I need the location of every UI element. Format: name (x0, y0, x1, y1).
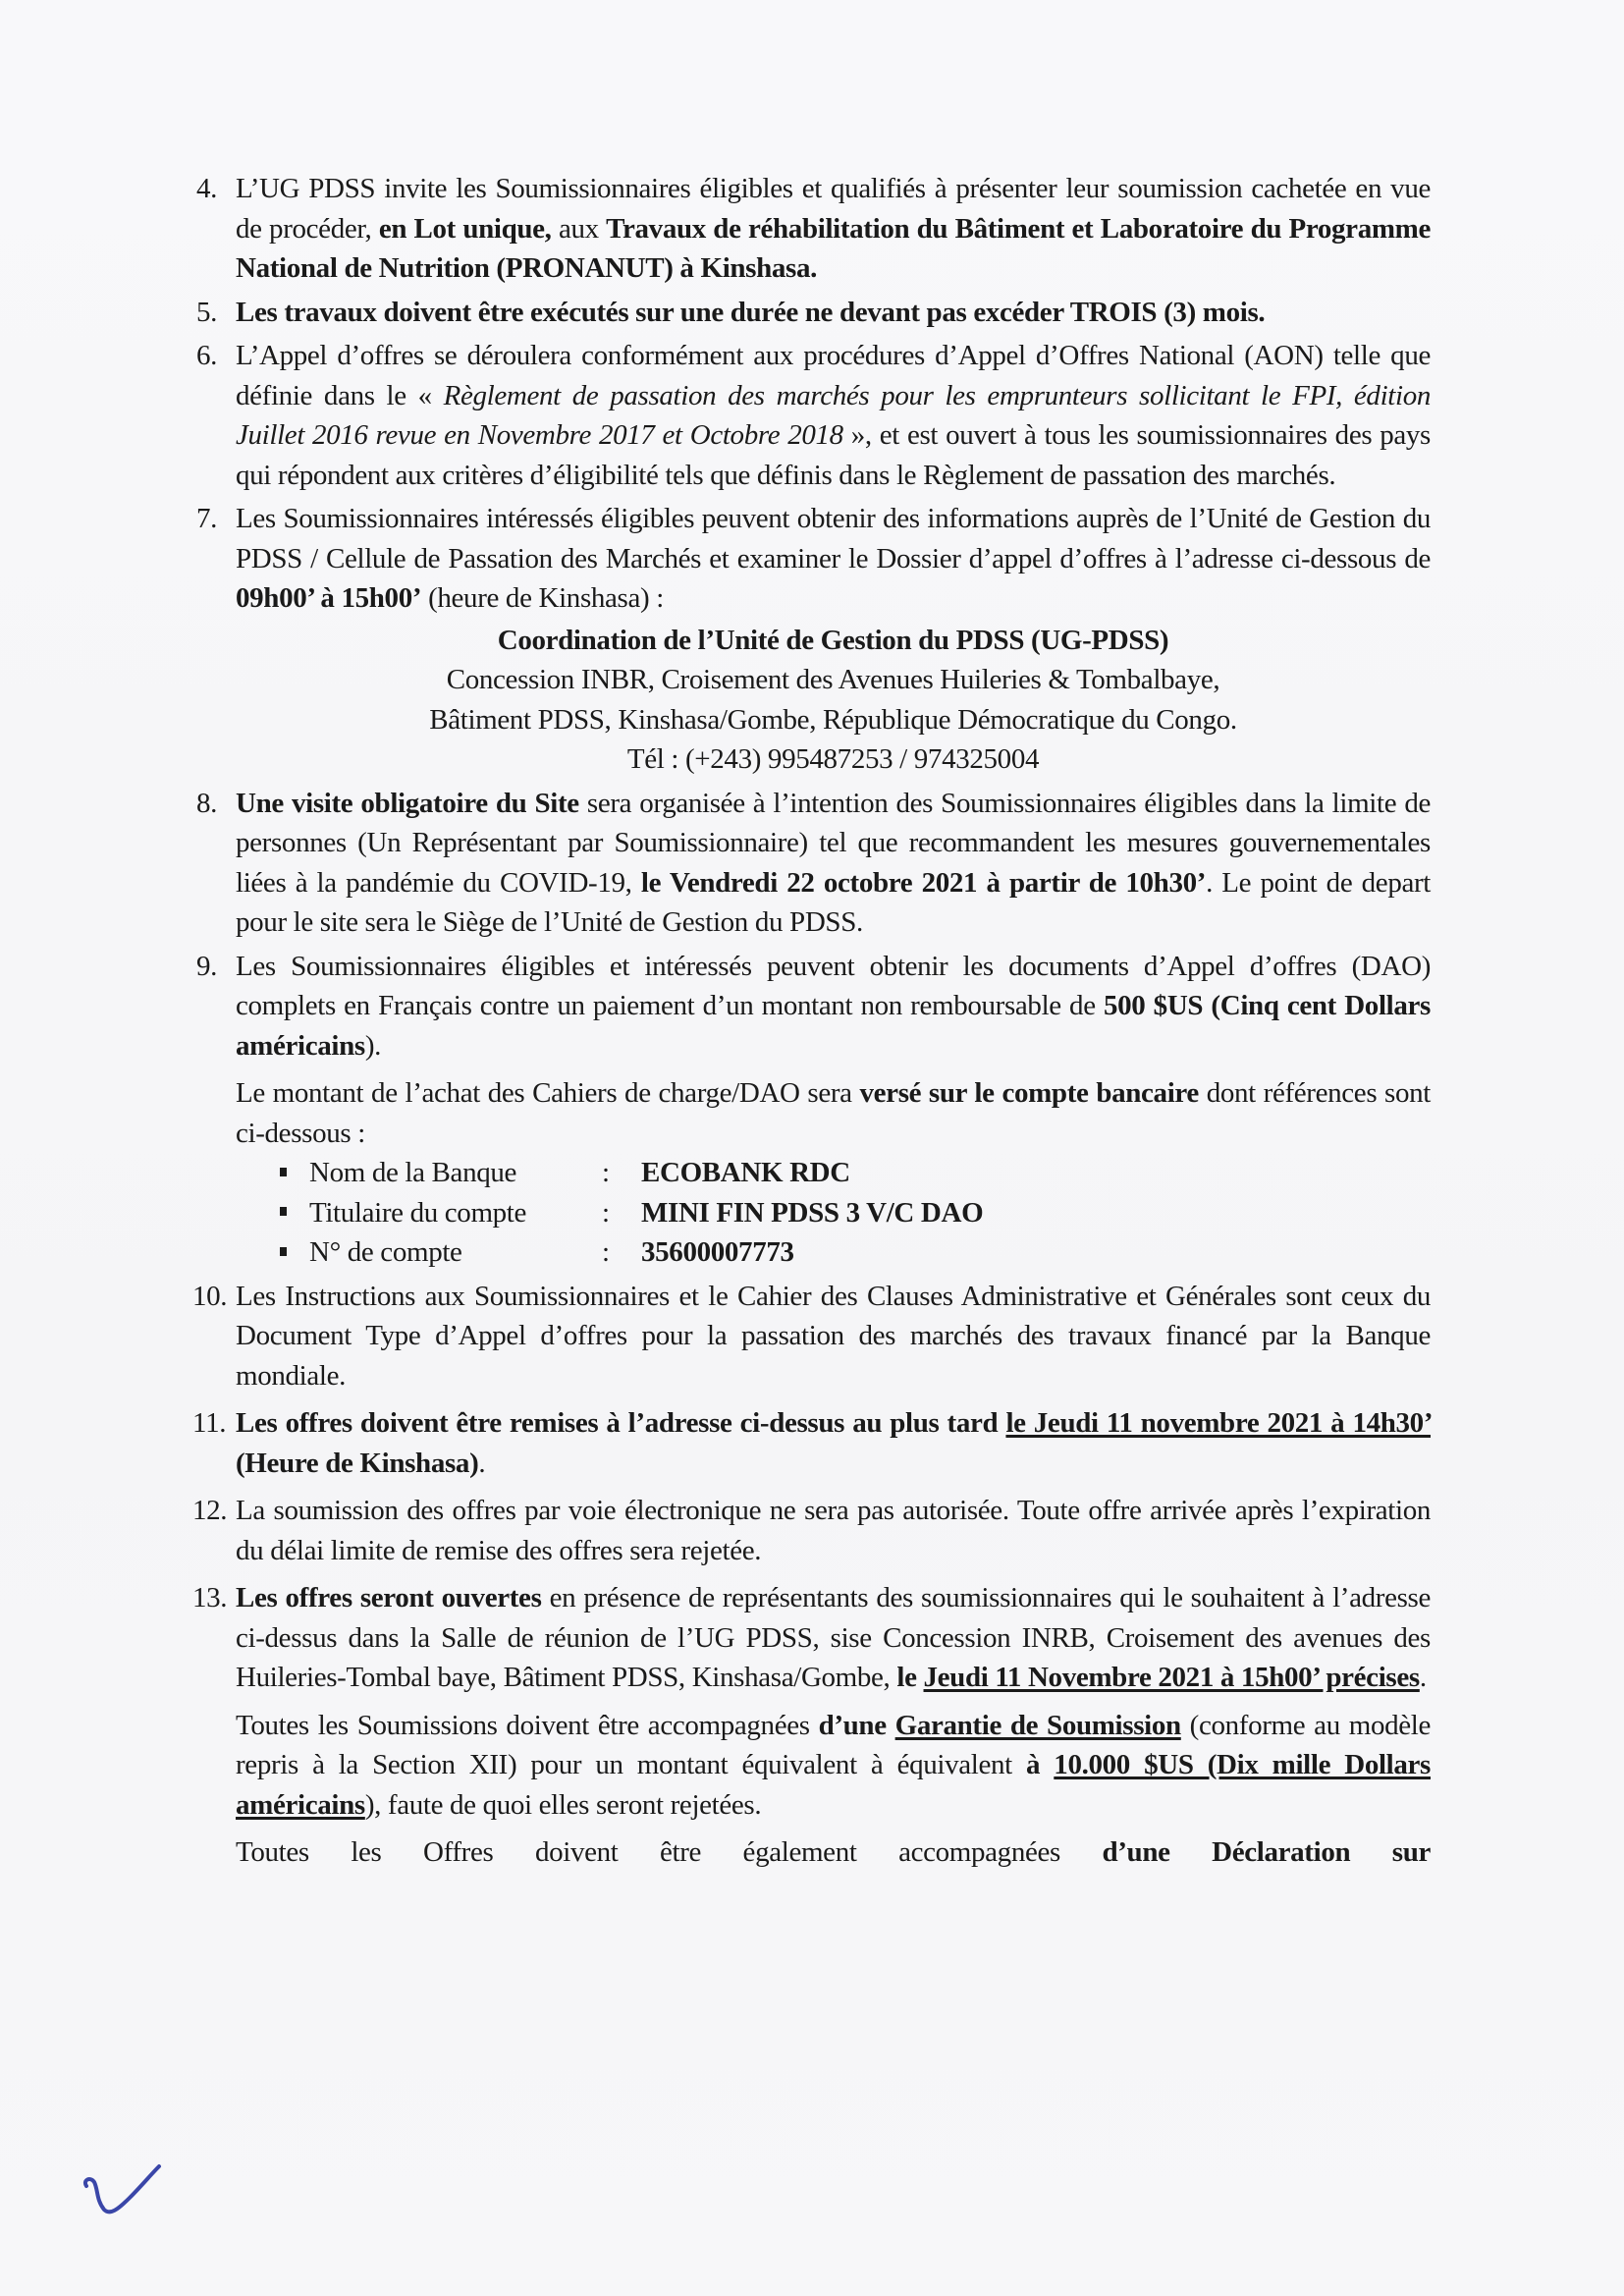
bold-text: le Vendredi 22 octobre 2021 à partir de … (641, 867, 1206, 899)
clause-12: 12. La soumission des offres par voie él… (196, 1491, 1431, 1570)
clause-5: 5. Les travaux doivent être exécutés sur… (196, 293, 1431, 333)
clause-text: Les Instructions aux Soumissionnaires et… (236, 1281, 1431, 1392)
clause-number: 7. (196, 499, 236, 539)
bold-text: d’une (819, 1710, 895, 1741)
bold-text: en Lot unique, (379, 213, 552, 245)
bold-text: Une visite obligatoire du Site (236, 788, 579, 819)
bank-details-row: Titulaire du compte : MINI FIN PDSS 3 V/… (280, 1193, 983, 1233)
handwritten-checkmark-icon (79, 2160, 177, 2239)
deadline-underlined: le Jeudi 11 novembre 2021 à 14h30’ (1005, 1407, 1431, 1439)
bold-text: Les travaux doivent être exécutés sur un… (236, 297, 1265, 328)
clause-9-payment-paragraph: Le montant de l’achat des Cahiers de cha… (196, 1073, 1431, 1153)
clause-9: 9. Les Soumissionnaires éligibles et int… (196, 947, 1431, 1066)
clause-text: . (478, 1448, 485, 1479)
bold-text: Les offres doivent être remises à l’adre… (236, 1407, 1005, 1439)
opening-date-underlined: Jeudi 11 Novembre 2021 à 15h00’ précises (924, 1662, 1420, 1693)
bank-value: 35600007773 (641, 1232, 983, 1273)
clause-number: 11. (192, 1403, 232, 1444)
clause-4: 4. L’UG PDSS invite les Soumissionnaires… (196, 169, 1431, 289)
clause-number: 8. (196, 784, 236, 824)
clause-text: Toutes les Soumissions doivent être acco… (236, 1710, 819, 1741)
bank-separator: : (602, 1193, 641, 1233)
clause-text: ), faute de quoi elles seront rejetées. (365, 1789, 761, 1821)
square-bullet-icon (280, 1207, 287, 1216)
scanned-page: 4. L’UG PDSS invite les Soumissionnaires… (0, 0, 1624, 2296)
clause-text: Le montant de l’achat des Cahiers de cha… (236, 1077, 860, 1109)
clause-text: La soumission des offres par voie électr… (236, 1495, 1431, 1566)
bank-details-row: Nom de la Banque : ECOBANK RDC (280, 1153, 983, 1193)
address-title: Coordination de l’Unité de Gestion du PD… (498, 625, 1169, 656)
clause-number: 6. (196, 336, 236, 376)
bold-text: 09h00’ à 15h00’ (236, 582, 421, 614)
clause-number: 10. (192, 1277, 232, 1317)
bold-text: versé sur le compte bancaire (860, 1077, 1199, 1109)
bank-separator: : (602, 1153, 641, 1193)
bank-label: Titulaire du compte (309, 1193, 602, 1233)
bank-label: N° de compte (309, 1232, 602, 1273)
bid-guarantee-paragraph: Toutes les Soumissions doivent être acco… (196, 1706, 1431, 1826)
address-line-2: Bâtiment PDSS, Kinshasa/Gombe, Républiqu… (236, 700, 1431, 740)
clause-13: 13. Les offres seront ouvertes en présen… (196, 1578, 1431, 1698)
clause-8: 8. Une visite obligatoire du Site sera o… (196, 784, 1431, 943)
guarantee-underlined: Garantie de Soumission (895, 1710, 1181, 1741)
clause-number: 4. (196, 169, 236, 209)
address-line-1: Concession INBR, Croisement des Avenues … (236, 660, 1431, 700)
clause-text: aux (552, 213, 607, 245)
bold-text: le (896, 1662, 923, 1693)
bold-text: Les offres seront ouvertes (236, 1582, 542, 1613)
bank-label: Nom de la Banque (309, 1153, 602, 1193)
bank-value: ECOBANK RDC (641, 1153, 983, 1193)
document-body: 4. L’UG PDSS invite les Soumissionnaires… (196, 169, 1431, 1873)
declaration-paragraph: Toutes les Offres doivent être également… (196, 1832, 1431, 1873)
clause-number: 5. (196, 293, 236, 333)
clause-11: 11. Les offres doivent être remises à l’… (196, 1403, 1431, 1483)
clause-10: 10. Les Instructions aux Soumissionnaire… (196, 1277, 1431, 1396)
clause-number: 9. (196, 947, 236, 987)
bank-value: MINI FIN PDSS 3 V/C DAO (641, 1193, 983, 1233)
clause-text: Toutes les Offres doivent être également… (236, 1836, 1102, 1868)
clause-6: 6. L’Appel d’offres se déroulera conform… (196, 336, 1431, 495)
square-bullet-icon (280, 1247, 287, 1256)
bold-text: à (1026, 1749, 1054, 1780)
bold-text: d’une Déclaration sur (1102, 1836, 1431, 1868)
clause-text: ). (365, 1030, 381, 1062)
bold-text: (Heure de Kinshasa) (236, 1448, 478, 1479)
clause-text: . (1420, 1662, 1427, 1693)
bank-separator: : (602, 1232, 641, 1273)
clause-7: 7. Les Soumissionnaires intéressés éligi… (196, 499, 1431, 619)
contact-address-block: Coordination de l’Unité de Gestion du PD… (196, 621, 1431, 780)
bank-details-table: Nom de la Banque : ECOBANK RDC Titulaire… (280, 1153, 983, 1273)
clause-text: Les Soumissionnaires intéressés éligible… (236, 503, 1431, 574)
clause-number: 12. (192, 1491, 232, 1531)
clause-number: 13. (192, 1578, 232, 1618)
clause-text: (heure de Kinshasa) : (421, 582, 664, 614)
square-bullet-icon (280, 1168, 287, 1176)
bank-details-row: N° de compte : 35600007773 (280, 1232, 983, 1273)
address-phone: Tél : (+243) 995487253 / 974325004 (236, 739, 1431, 780)
